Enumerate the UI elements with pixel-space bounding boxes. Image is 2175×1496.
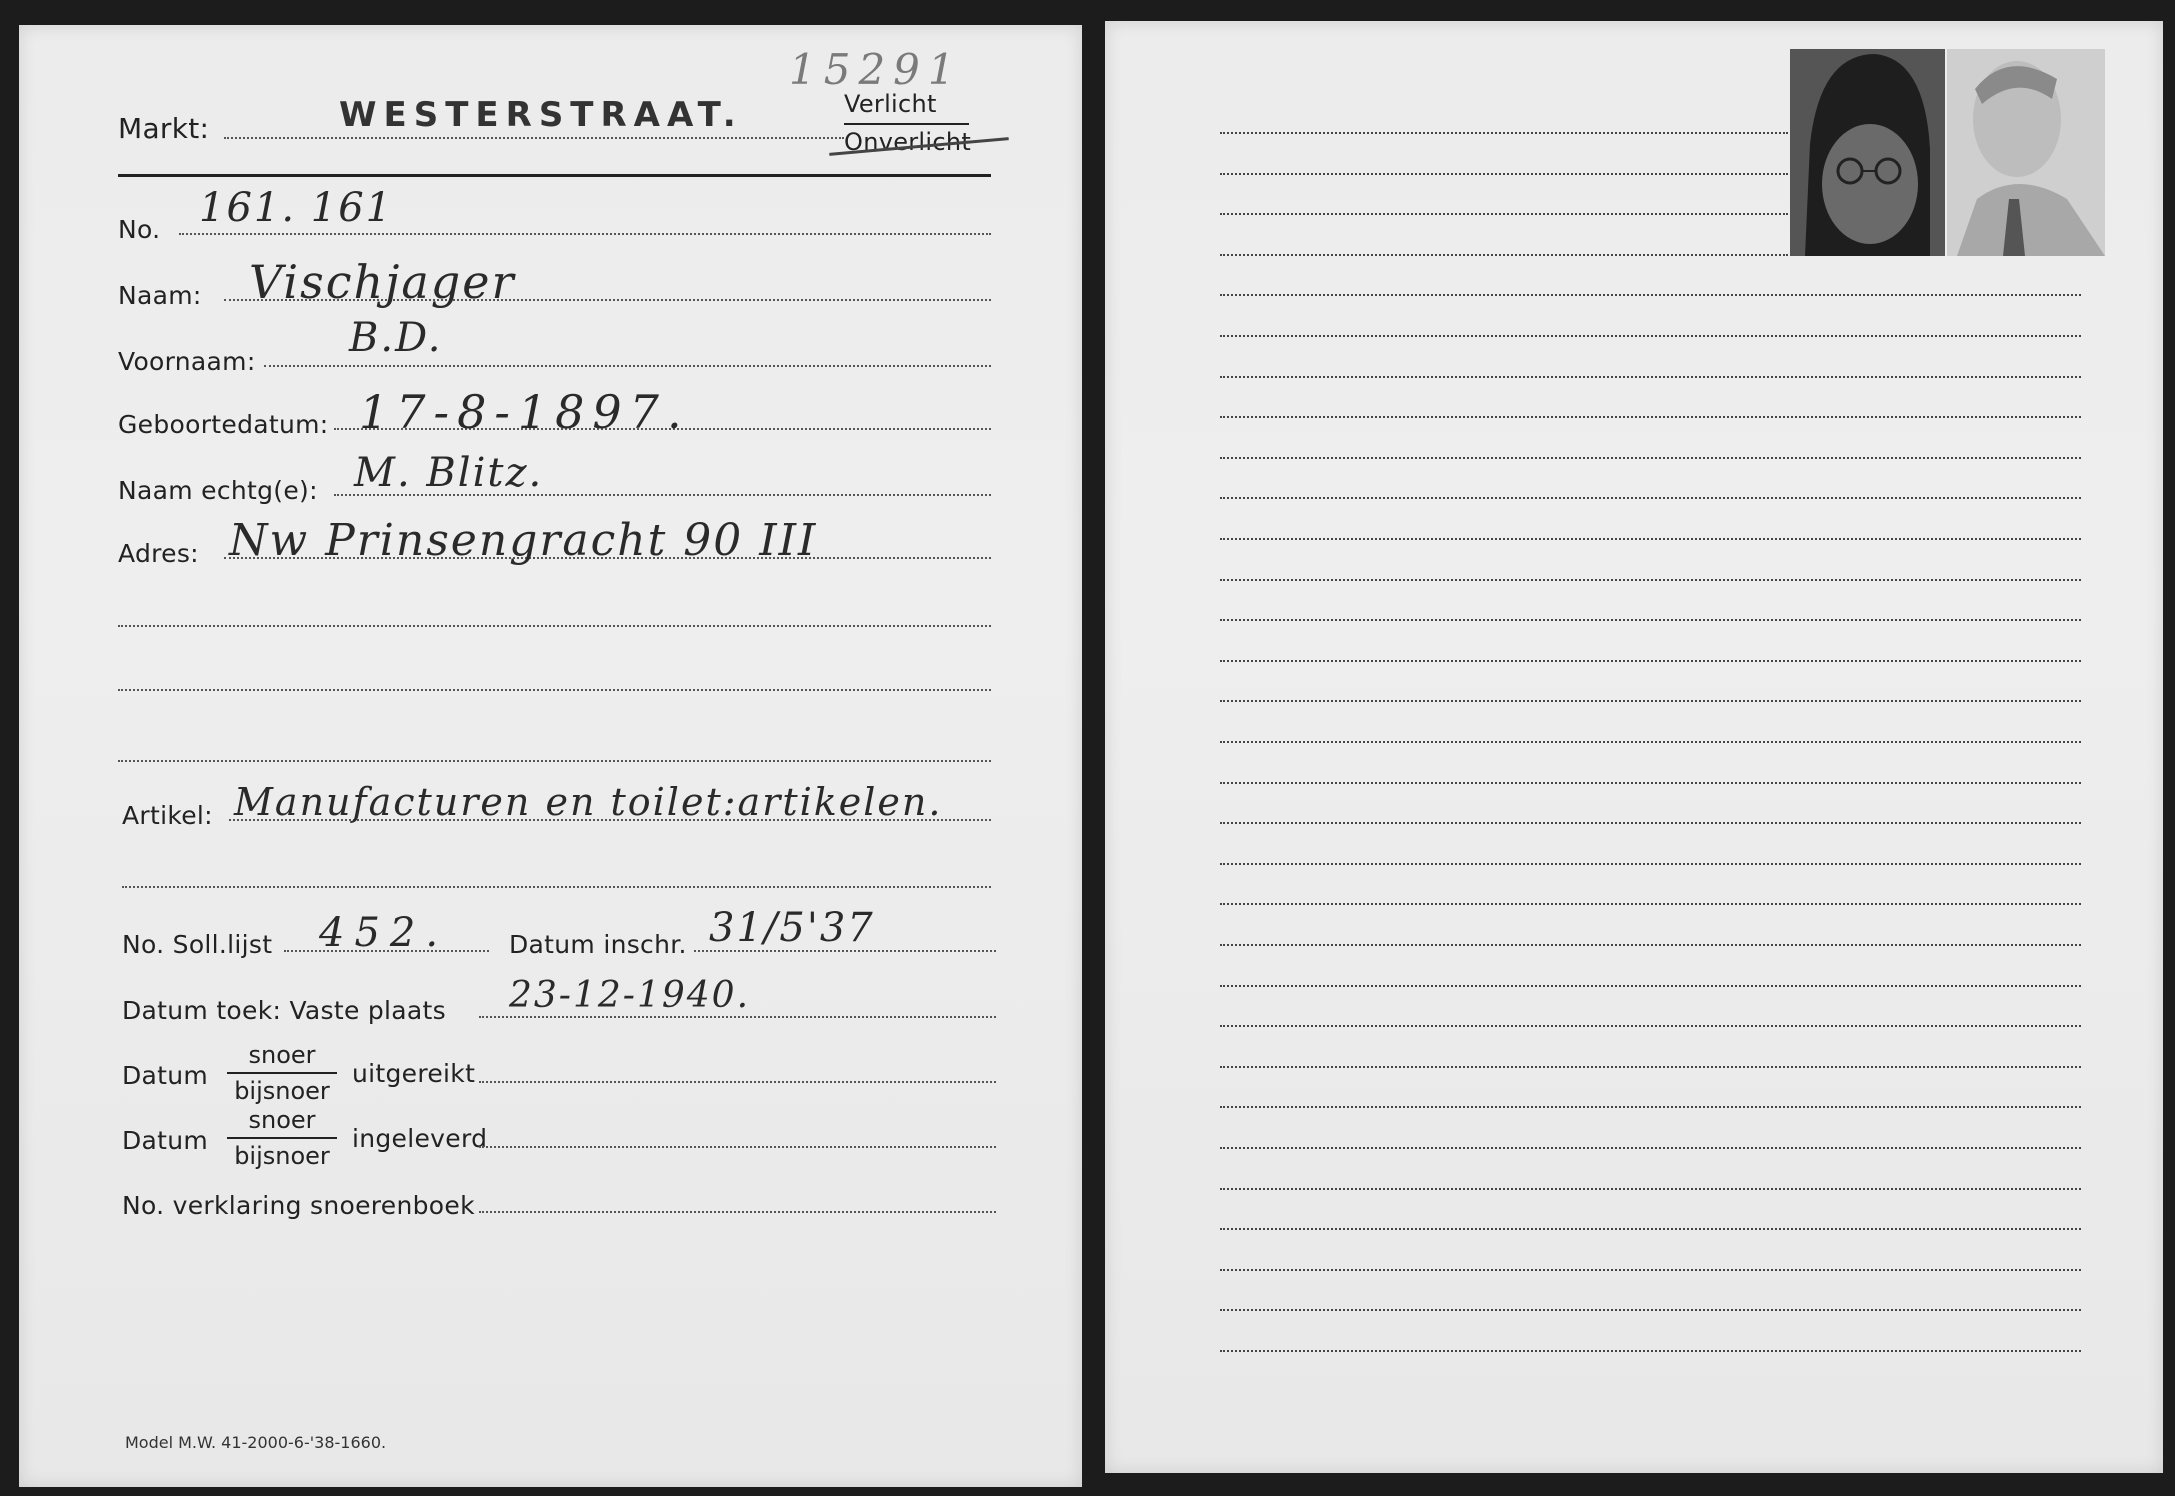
snoer-bijsnoer-fraction-2: snoer bijsnoer (227, 1106, 337, 1170)
frac-bottom-2: bijsnoer (227, 1142, 337, 1170)
datum-toek-label: Datum toek: Vaste plaats (122, 996, 446, 1025)
geboortedatum-label: Geboortedatum: (118, 410, 329, 439)
blank-line-1 (118, 625, 991, 627)
ruled-line (1220, 1066, 2081, 1068)
naam-echtgenote-value: M. Blitz. (354, 450, 543, 496)
ruled-line (1220, 538, 2081, 540)
adres-label: Adres: (118, 539, 199, 568)
voornaam-line (264, 365, 991, 367)
ruled-line (1220, 457, 2081, 459)
ruled-line (1220, 944, 2081, 946)
no-value: 161. 161 (199, 185, 393, 231)
blank-line-2 (118, 689, 991, 691)
naam-echtgenote-label: Naam echtg(e): (118, 476, 318, 505)
ruled-line (1220, 619, 2081, 621)
ruled-line (1220, 335, 2081, 337)
markt-line (224, 137, 844, 139)
ruled-line (1220, 1147, 2081, 1149)
ruled-line (1220, 782, 2081, 784)
blank-line-3 (118, 760, 991, 762)
uitgereikt-label: uitgereikt (352, 1059, 475, 1088)
markt-label: Markt: (118, 112, 209, 145)
frac-top-2: snoer (227, 1106, 337, 1134)
frac-bottom-1: bijsnoer (227, 1077, 337, 1105)
ruled-line (1220, 579, 2081, 581)
naam-label: Naam: (118, 281, 202, 310)
ruled-line (1220, 1106, 2081, 1108)
no-soll-lijst-label: No. Soll.lijst (122, 930, 272, 959)
adres-value: Nw Prinsengracht 90 III (229, 515, 817, 566)
ruled-line (1220, 132, 1788, 134)
ruled-line (1220, 741, 2081, 743)
ruled-line (1220, 416, 2081, 418)
ruled-line (1220, 985, 2081, 987)
no-verklaring-label: No. verklaring snoerenboek (122, 1191, 475, 1220)
verlicht-option: Verlicht (844, 90, 937, 118)
uitgereikt-line (479, 1081, 996, 1083)
datum-inschr-label: Datum inschr. (509, 930, 687, 959)
snoer-bijsnoer-fraction-1: snoer bijsnoer (227, 1041, 337, 1105)
geboortedatum-value: 17-8-1897. (359, 385, 690, 439)
ruled-line (1220, 822, 2081, 824)
verlicht-divider (844, 123, 969, 125)
ruled-line (1220, 497, 2081, 499)
frac-bar-2 (227, 1137, 337, 1139)
ruled-line (1220, 213, 1788, 215)
ruled-line (1220, 1188, 2081, 1190)
pencil-archive-number: 15291 (789, 45, 963, 94)
ruled-line (1220, 173, 1788, 175)
ingeleverd-label: ingeleverd (352, 1124, 487, 1153)
datum-toek-line (479, 1016, 996, 1018)
no-soll-lijst-value: 452. (319, 910, 448, 956)
ruled-line (1220, 660, 2081, 662)
frac-bar-1 (227, 1072, 337, 1074)
no-label: No. (118, 215, 160, 244)
ruled-line (1220, 863, 2081, 865)
naam-value: Vischjager (249, 255, 515, 309)
ruled-line (1220, 254, 1788, 256)
photo-woman (1790, 49, 1945, 256)
ruled-line (1220, 1228, 2081, 1230)
voornaam-value: B.D. (349, 315, 442, 361)
ruled-line (1220, 1309, 2081, 1311)
datum-inschr-value: 31/5'37 (709, 905, 875, 951)
ruled-line (1220, 700, 2081, 702)
datum-toek-value: 23-12-1940. (509, 975, 750, 1016)
blank-line-4 (122, 886, 991, 888)
voornaam-label: Voornaam: (118, 347, 256, 376)
ruled-line (1220, 1350, 2081, 1352)
no-line (179, 233, 991, 235)
header-rule (118, 174, 991, 177)
photo-man (1947, 49, 2105, 256)
artikel-value: Manufacturen en toilet:artikelen. (234, 780, 942, 824)
datum-ingeleverd-label: Datum (122, 1126, 208, 1155)
ruled-line (1220, 1025, 2081, 1027)
model-footer: Model M.W. 41-2000-6-'38-1660. (125, 1433, 386, 1452)
ingeleverd-line (479, 1146, 996, 1148)
ruled-line (1220, 903, 2081, 905)
no-verklaring-line (479, 1211, 996, 1213)
ruled-line (1220, 376, 2081, 378)
left-record-card: 15291 Markt: WESTERSTRAAT. Verlicht Onve… (19, 25, 1082, 1487)
ruled-line (1220, 1269, 2081, 1271)
markt-value: WESTERSTRAAT. (339, 95, 743, 135)
right-record-card (1105, 21, 2163, 1473)
artikel-label: Artikel: (122, 801, 213, 830)
ruled-line (1220, 294, 2081, 296)
frac-top-1: snoer (227, 1041, 337, 1069)
datum-uitgereikt-label: Datum (122, 1061, 208, 1090)
